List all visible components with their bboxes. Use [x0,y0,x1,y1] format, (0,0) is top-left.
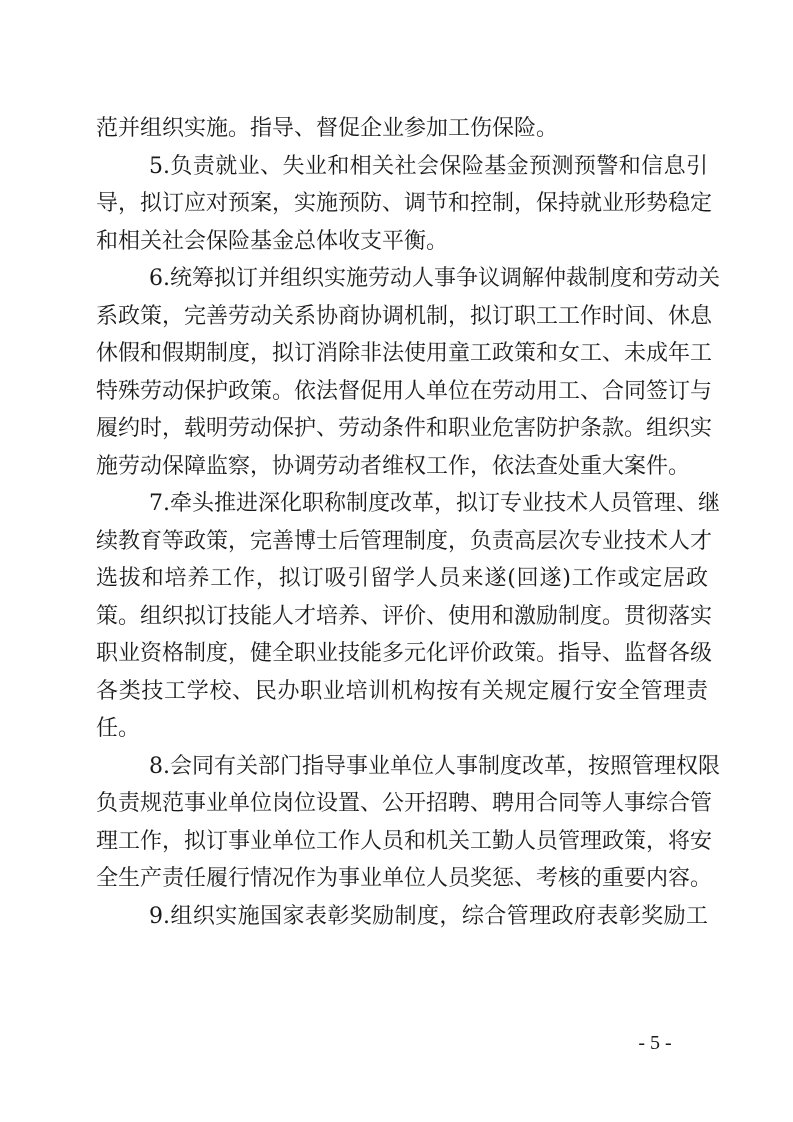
page-number: - 5 - [620,1032,690,1055]
text-line: 全生产责任履行情况作为事业单位人员奖惩、考核的重要内容。 [96,860,708,898]
text-line: 负责规范事业单位岗位设置、公开招聘、聘用合同等人事综合管 [96,785,708,823]
text-line: 施劳动保障监察，协调劳动者维权工作，依法查处重大案件。 [96,448,708,486]
text-line: 特殊劳动保护政策。依法督促用人单位在劳动用工、合同签订与 [96,373,708,411]
paragraph-9: 9.组织实施国家表彰奖励制度，综合管理政府表彰奖励工 [96,898,708,936]
text-line: 5.负责就业、失业和相关社会保险基金预测预警和信息引 [96,148,708,186]
text-line: 7.牵头推进深化职称制度改革，拟订专业技术人员管理、继 [96,485,708,523]
text-line: 范并组织实施。指导、督促企业参加工伤保险。 [96,110,708,148]
body-text: 范并组织实施。指导、督促企业参加工伤保险。 5.负责就业、失业和相关社会保险基金… [96,110,708,935]
paragraph-4-tail: 范并组织实施。指导、督促企业参加工伤保险。 [96,110,708,148]
paragraph-5: 5.负责就业、失业和相关社会保险基金预测预警和信息引 导，拟订应对预案，实施预防… [96,148,708,261]
document-page: 范并组织实施。指导、督促企业参加工伤保险。 5.负责就业、失业和相关社会保险基金… [0,0,793,1122]
paragraph-8: 8.会同有关部门指导事业单位人事制度改革，按照管理权限 负责规范事业单位岗位设置… [96,748,708,898]
text-line: 休假和假期制度，拟订消除非法使用童工政策和女工、未成年工 [96,335,708,373]
text-line: 策。组织拟订技能人才培养、评价、使用和激励制度。贯彻落实 [96,598,708,636]
text-line: 职业资格制度，健全职业技能多元化评价政策。指导、监督各级 [96,635,708,673]
text-line: 履约时，载明劳动保护、劳动条件和职业危害防护条款。组织实 [96,410,708,448]
text-line: 任。 [96,710,708,748]
text-line: 8.会同有关部门指导事业单位人事制度改革，按照管理权限 [96,748,708,786]
text-line: 和相关社会保险基金总体收支平衡。 [96,223,708,261]
text-line: 6.统筹拟订并组织实施劳动人事争议调解仲裁制度和劳动关 [96,260,708,298]
text-line: 导，拟订应对预案，实施预防、调节和控制，保持就业形势稳定 [96,185,708,223]
text-line: 系政策，完善劳动关系协商协调机制，拟订职工工作时间、休息 [96,298,708,336]
text-line: 续教育等政策，完善博士后管理制度，负责高层次专业技术人才 [96,523,708,561]
paragraph-6: 6.统筹拟订并组织实施劳动人事争议调解仲裁制度和劳动关 系政策，完善劳动关系协商… [96,260,708,485]
text-line: 选拔和培养工作，拟订吸引留学人员来遂(回遂)工作或定居政 [96,560,708,598]
text-line: 9.组织实施国家表彰奖励制度，综合管理政府表彰奖励工 [96,898,708,936]
paragraph-7: 7.牵头推进深化职称制度改革，拟订专业技术人员管理、继 续教育等政策，完善博士后… [96,485,708,748]
text-line: 理工作，拟订事业单位工作人员和机关工勤人员管理政策，将安 [96,823,708,861]
text-line: 各类技工学校、民办职业培训机构按有关规定履行安全管理责 [96,673,708,711]
